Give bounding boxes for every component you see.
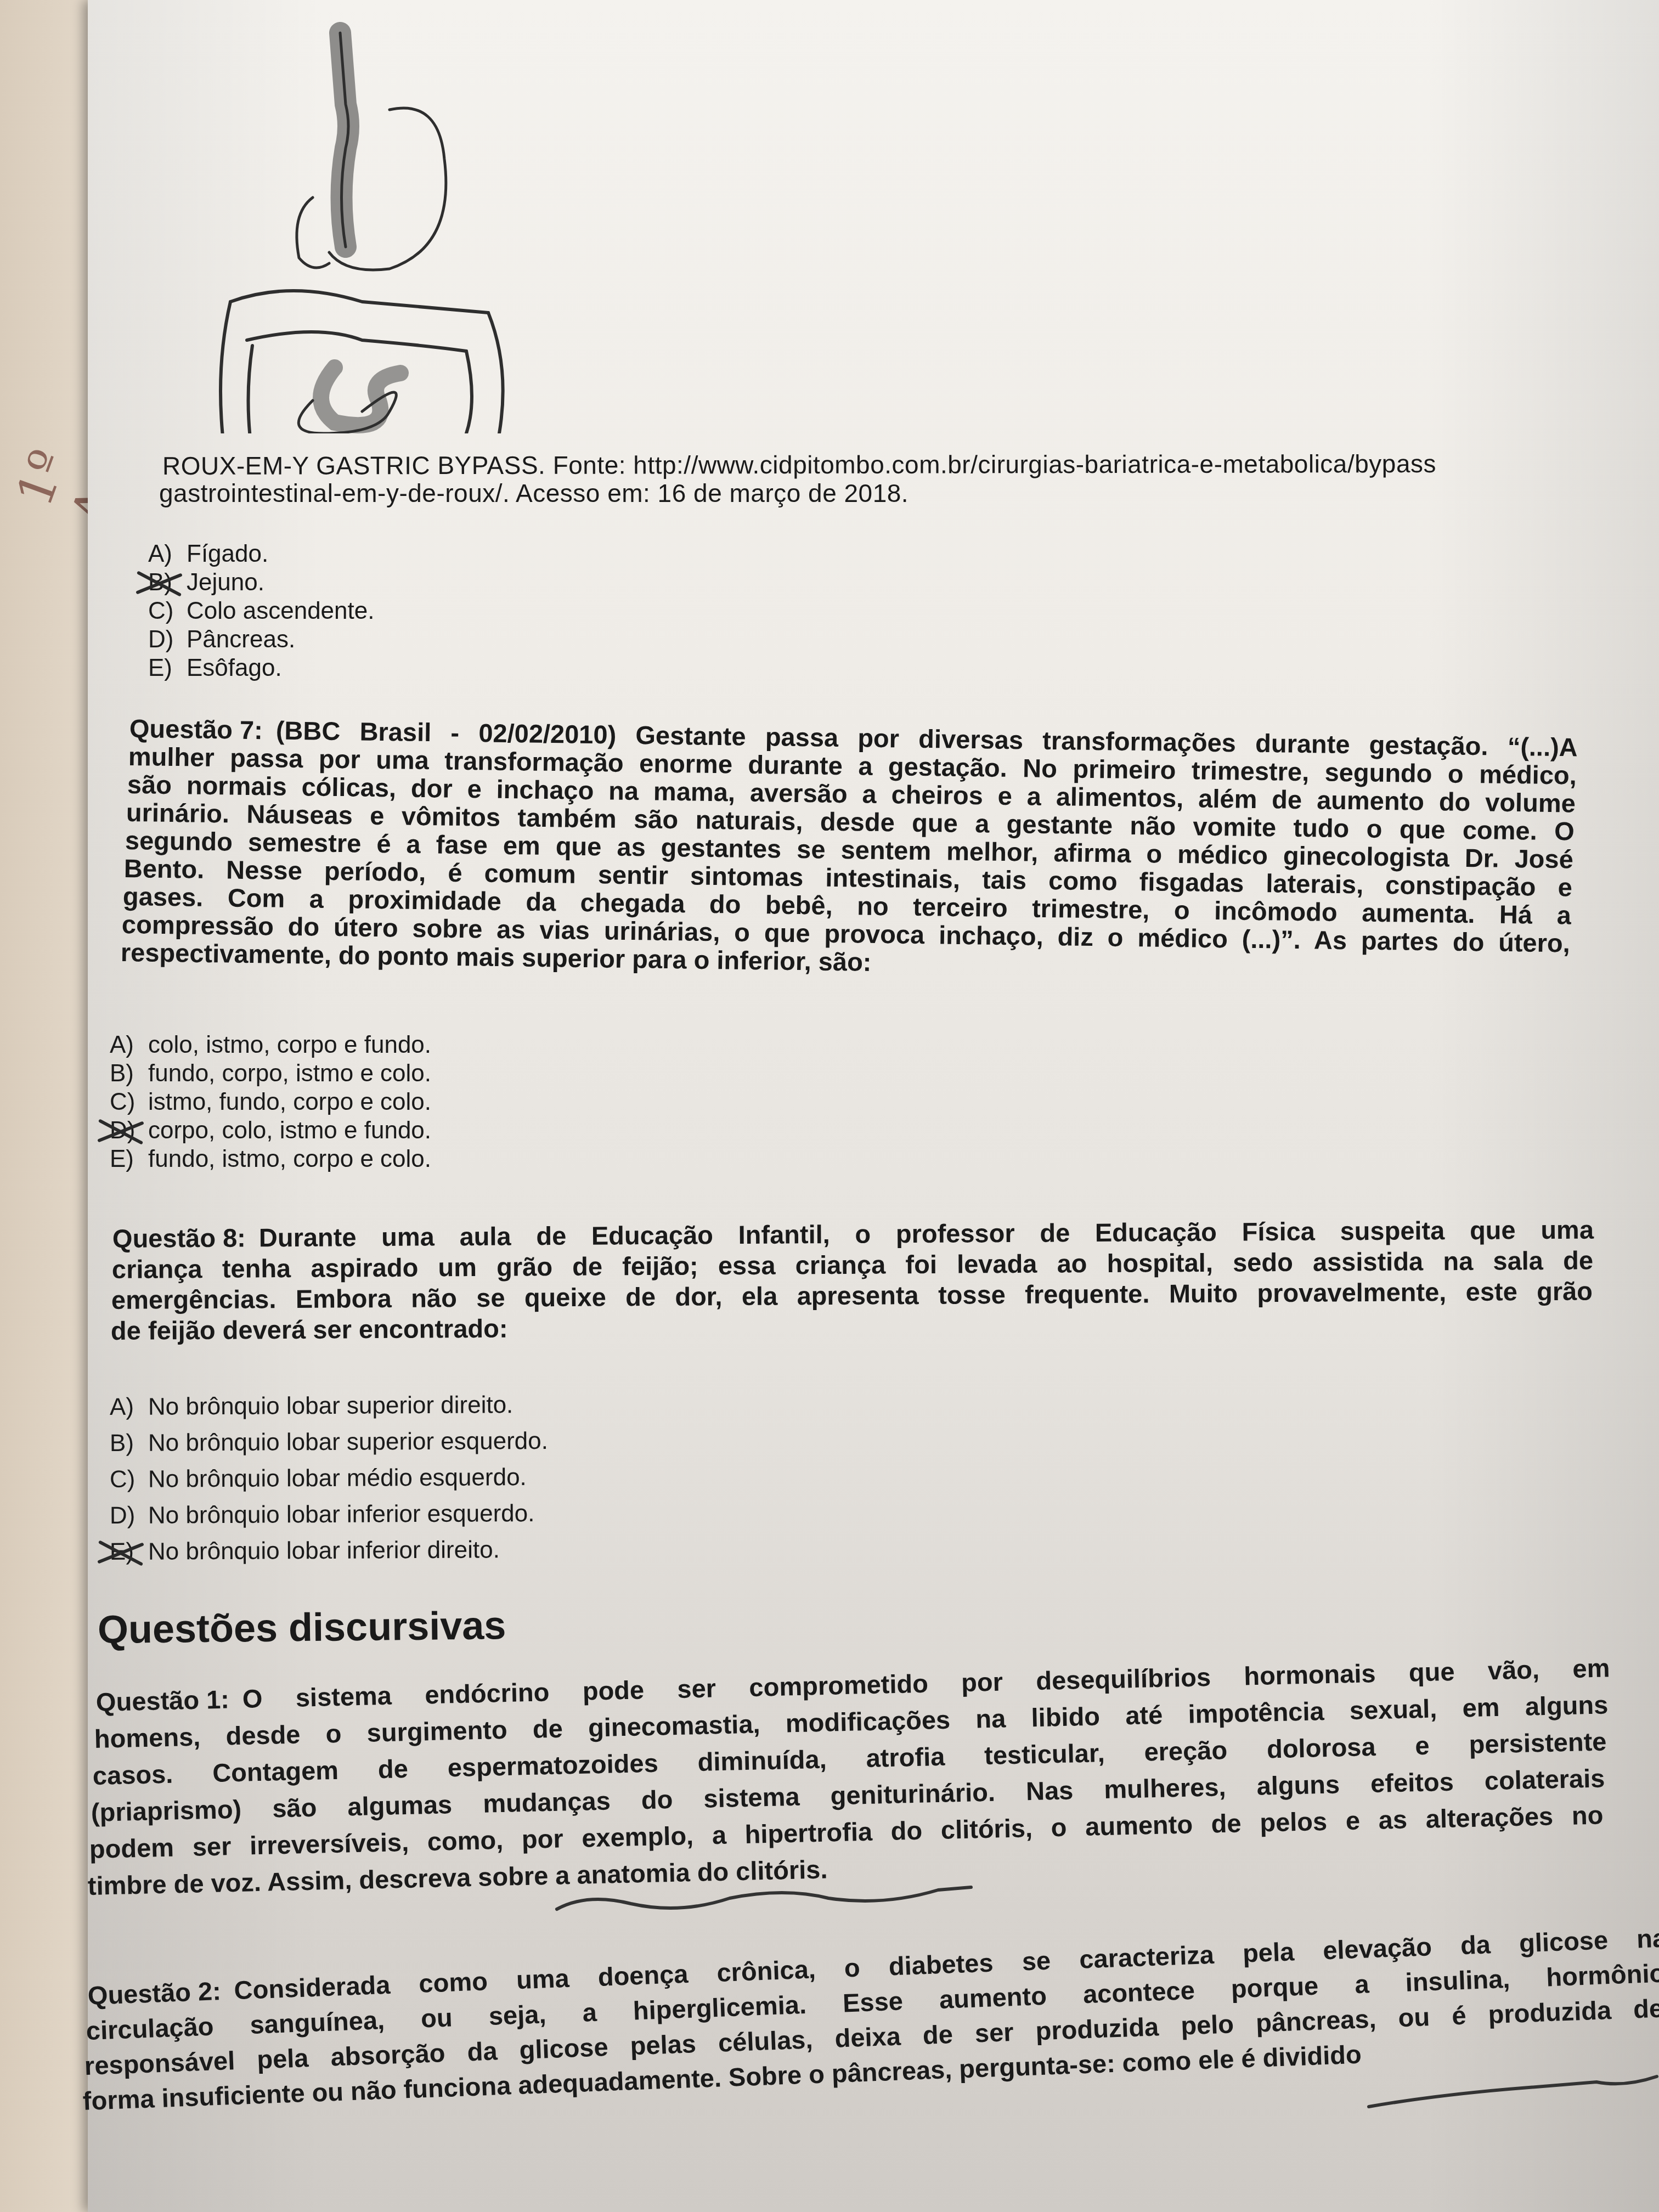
figure-caption-line-1: ROUX-EM-Y GASTRIC BYPASS. Fonte: http://… xyxy=(162,449,1436,481)
answer-option-d[interactable]: D)Pâncreas. xyxy=(148,626,295,653)
selected-answer-x-mark xyxy=(96,1534,145,1572)
answer-option-d[interactable]: D)No brônquio lobar inferior esquerdo. xyxy=(110,1500,535,1530)
option-text: Fígado. xyxy=(187,540,268,567)
question-label: Questão 8: xyxy=(112,1223,246,1254)
figure-caption-line-2: gastrointestinal-em-y-de-roux/. Acesso e… xyxy=(159,478,909,508)
pen-underline-mark xyxy=(554,1876,977,1920)
option-letter: C) xyxy=(110,1088,148,1116)
answer-option-b[interactable]: B)fundo, corpo, istmo e colo. xyxy=(110,1060,431,1087)
option-text: Pâncreas. xyxy=(187,626,295,653)
answer-option-a[interactable]: A)Fígado. xyxy=(148,540,268,568)
answer-option-b[interactable]: B)No brônquio lobar superior esquerdo. xyxy=(110,1427,548,1457)
pen-underline-mark-2 xyxy=(1366,2074,1659,2112)
option-text: No brônquio lobar superior direito. xyxy=(148,1391,513,1420)
option-letter: A) xyxy=(110,1031,148,1059)
option-letter: A) xyxy=(148,540,187,568)
answer-option-a[interactable]: A)No brônquio lobar superior direito. xyxy=(110,1391,513,1421)
option-text: Colo ascendente. xyxy=(187,597,374,624)
option-text: istmo, fundo, corpo e colo. xyxy=(148,1088,431,1115)
option-letter: C) xyxy=(110,1466,148,1493)
answer-option-e[interactable]: E)fundo, istmo, corpo e colo. xyxy=(110,1145,431,1173)
option-letter: B) xyxy=(110,1060,148,1087)
option-text: No brônquio lobar médio esquerdo. xyxy=(148,1464,527,1493)
option-letter: C) xyxy=(148,597,187,625)
question-label: Questão 1: xyxy=(95,1684,229,1717)
answer-option-e[interactable]: E)No brônquio lobar inferior direito. xyxy=(110,1536,500,1566)
document-content: ROUX-EM-Y GASTRIC BYPASS. Fonte: http://… xyxy=(0,0,1659,2212)
option-text: Jejuno. xyxy=(187,569,264,596)
option-text: colo, istmo, corpo e fundo. xyxy=(148,1031,431,1058)
option-text: fundo, corpo, istmo e colo. xyxy=(148,1060,431,1087)
option-letter: D) xyxy=(110,1502,148,1530)
answer-option-c[interactable]: C)istmo, fundo, corpo e colo. xyxy=(110,1088,431,1116)
option-text: corpo, colo, istmo e fundo. xyxy=(148,1117,431,1144)
option-letter: D) xyxy=(148,626,187,653)
option-letter: E) xyxy=(110,1145,148,1173)
question-label: Questão 2: xyxy=(87,1976,222,2011)
option-text: No brônquio lobar superior esquerdo. xyxy=(148,1427,548,1457)
answer-option-c[interactable]: C)Colo ascendente. xyxy=(148,597,374,625)
option-letter: B) xyxy=(110,1430,148,1457)
paragraph-line: de feijão deverá ser encontrado: xyxy=(111,1313,508,1346)
answer-option-c[interactable]: C)No brônquio lobar médio esquerdo. xyxy=(110,1464,527,1493)
option-letter: A) xyxy=(110,1393,148,1421)
answer-option-a[interactable]: A)colo, istmo, corpo e fundo. xyxy=(110,1031,431,1059)
option-text: No brônquio lobar inferior direito. xyxy=(148,1536,500,1565)
question-label: Questão 7: xyxy=(129,713,263,745)
option-text: No brônquio lobar inferior esquerdo. xyxy=(148,1500,535,1529)
section-heading: Questões discursivas xyxy=(98,1603,506,1652)
option-letter: E) xyxy=(148,654,187,682)
answer-option-d[interactable]: D)corpo, colo, istmo e fundo. xyxy=(110,1117,431,1144)
option-text: fundo, istmo, corpo e colo. xyxy=(148,1145,431,1172)
answer-option-e[interactable]: E)Esôfago. xyxy=(148,654,282,682)
option-text: Esôfago. xyxy=(187,654,282,681)
